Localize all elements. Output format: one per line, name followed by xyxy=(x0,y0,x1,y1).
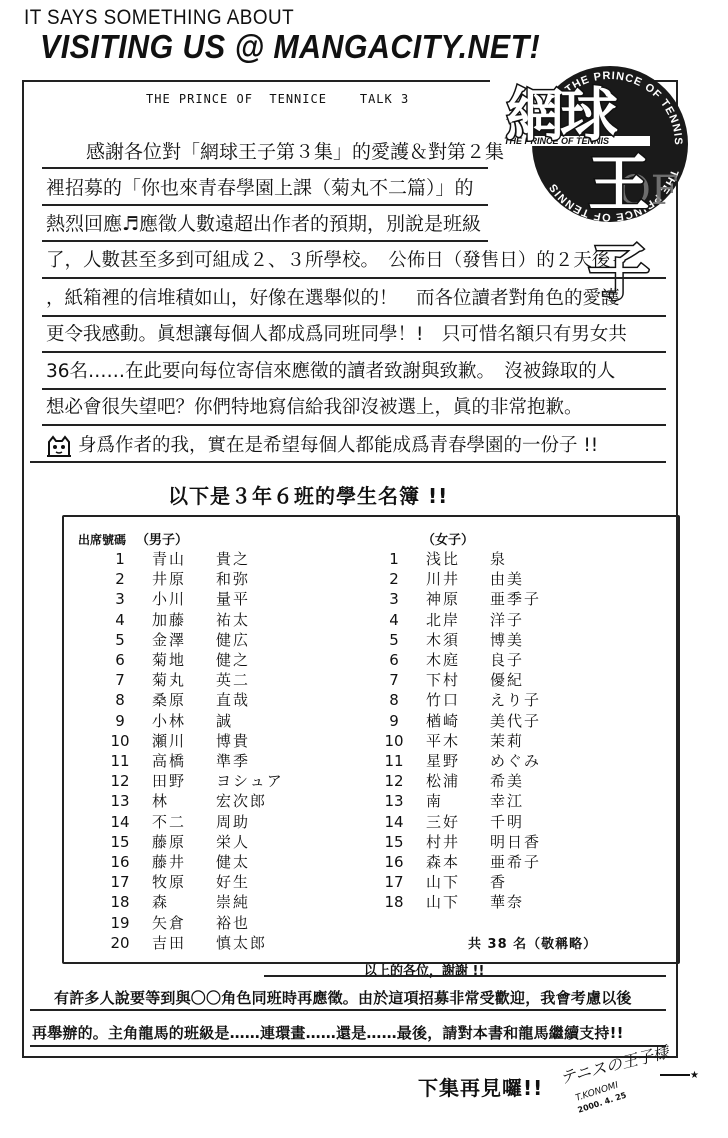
given-name: 健太 xyxy=(216,852,250,872)
paragraph-line: ，紙箱裡的信堆積如山，好像在選舉似的！ 而各位讀者對角色的愛護 xyxy=(46,287,620,311)
roster-box: 出席號碼 （男子） （女子） 1青山貴之2井原和弥3小川量平4加藤祐太5金澤健広… xyxy=(62,515,680,964)
boys-header: （男子） xyxy=(136,529,188,548)
given-name: 華奈 xyxy=(490,892,524,912)
roster-row: 12松浦希美 xyxy=(374,771,524,791)
given-name: 宏次郎 xyxy=(216,791,267,811)
given-name: 泉 xyxy=(490,549,507,569)
roster-row: 3小川量平 xyxy=(100,589,250,609)
roster-row: 7菊丸英二 xyxy=(100,670,250,690)
surname: 山下 xyxy=(426,872,490,892)
seat-number: 4 xyxy=(100,610,140,630)
roster-row: 2川井由美 xyxy=(374,569,524,589)
roster-row: 5木須博美 xyxy=(374,630,524,650)
given-name: 直哉 xyxy=(216,690,250,710)
paragraph-line: 了，人數甚至多到可組成２、３所學校。 公佈日（發售日）的２天後 xyxy=(46,249,610,273)
seat-number: 11 xyxy=(100,751,140,771)
seat-number: 13 xyxy=(100,791,140,811)
logo-title-bottom: 王子 xyxy=(588,134,700,312)
seat-number: 4 xyxy=(374,610,414,630)
surname: 井原 xyxy=(152,569,216,589)
paragraph-line: 想必會很失望吧？你們特地寫信給我卻沒被選上，眞的非常抱歉。 xyxy=(46,396,583,420)
surname: 森本 xyxy=(426,852,490,872)
surname: 菊地 xyxy=(152,650,216,670)
surname: 菊丸 xyxy=(152,670,216,690)
roster-row: 19矢倉裕也 xyxy=(100,913,250,933)
surname: 神原 xyxy=(426,589,490,609)
seat-number: 3 xyxy=(100,589,140,609)
paragraph-line: 36名……在此要向每位寄信來應徵的讀者致謝與致歉。 沒被錄取的人 xyxy=(46,360,615,384)
given-name: 和弥 xyxy=(216,569,250,589)
seat-number: 3 xyxy=(374,589,414,609)
given-name: 希美 xyxy=(490,771,524,791)
surname: 青山 xyxy=(152,549,216,569)
seat-number: 5 xyxy=(374,630,414,650)
seat-number: 6 xyxy=(374,650,414,670)
seat-number: 1 xyxy=(374,549,414,569)
surname: 不二 xyxy=(152,812,216,832)
roster-row: 14不二周助 xyxy=(100,812,250,832)
seat-number: 9 xyxy=(374,711,414,731)
surname: 村井 xyxy=(426,832,490,852)
seat-number: 13 xyxy=(374,791,414,811)
surname: 吉田 xyxy=(152,933,216,953)
given-name: 明日香 xyxy=(490,832,541,852)
given-name: ヨシュア xyxy=(216,771,284,791)
given-name: 祐太 xyxy=(216,610,250,630)
roster-row: 16森本亜希子 xyxy=(374,852,541,872)
seat-number: 11 xyxy=(374,751,414,771)
surname: 浅比 xyxy=(426,549,490,569)
surname: 木須 xyxy=(426,630,490,650)
surname: 竹口 xyxy=(426,690,490,710)
given-name: 好生 xyxy=(216,872,250,892)
surname: 加藤 xyxy=(152,610,216,630)
surname: 林 xyxy=(152,791,216,811)
seat-number: 8 xyxy=(374,690,414,710)
seat-number: 16 xyxy=(100,852,140,872)
surname: 桑原 xyxy=(152,690,216,710)
seat-number: 7 xyxy=(100,670,140,690)
paragraph-line: 熱烈回應♬應徵人數遠超出作者的預期，別說是班級 xyxy=(46,212,481,236)
seat-number: 15 xyxy=(374,832,414,852)
seat-number: 8 xyxy=(100,690,140,710)
surname: 金澤 xyxy=(152,630,216,650)
closing-line: 有許多人說要等到與〇〇角色同班時再應徵。由於這項招募非常受歡迎，我會考慮以後 xyxy=(54,987,632,1008)
seat-number: 10 xyxy=(100,731,140,751)
surname: 牧原 xyxy=(152,872,216,892)
seat-number: 17 xyxy=(374,872,414,892)
surname: 森 xyxy=(152,892,216,912)
seat-number: 2 xyxy=(374,569,414,589)
seat-number: 18 xyxy=(374,892,414,912)
prince-of-tennis-logo: THE PRINCE OF TENNIS THE PRINCE OF TENNI… xyxy=(500,64,700,234)
given-name: 美代子 xyxy=(490,711,541,731)
given-name: えり子 xyxy=(490,690,541,710)
given-name: 千明 xyxy=(490,812,524,832)
roster-title: 以下是３年６班的學生名簿 !! xyxy=(168,480,448,509)
seat-number: 1 xyxy=(100,549,140,569)
closing-line: 再舉辦的。主角龍馬的班級是……連環畫……還是……最後，請對本書和龍馬繼續支持!! xyxy=(32,1022,624,1043)
roster-row: 1青山貴之 xyxy=(100,549,250,569)
seat-number: 2 xyxy=(100,569,140,589)
roster-row: 20吉田慎太郎 xyxy=(100,933,267,953)
roster-row: 17牧原好生 xyxy=(100,872,250,892)
given-name: 健之 xyxy=(216,650,250,670)
given-name: 誠 xyxy=(216,711,233,731)
roster-total: 共 38 名（敬稱略） xyxy=(468,933,597,952)
seat-number: 19 xyxy=(100,913,140,933)
roster-row: 16藤井健太 xyxy=(100,852,250,872)
surname: 南 xyxy=(426,791,490,811)
surname: 木庭 xyxy=(426,650,490,670)
surname: 藤原 xyxy=(152,832,216,852)
given-name: めぐみ xyxy=(490,751,541,771)
surname: 瀬川 xyxy=(152,731,216,751)
surname: 矢倉 xyxy=(152,913,216,933)
surname: 川井 xyxy=(426,569,490,589)
seat-number: 12 xyxy=(100,771,140,791)
roster-row: 13林宏次郎 xyxy=(100,791,267,811)
paragraph-line: 裡招募的「你也來青春學園上課（菊丸不二篇）」的 xyxy=(46,176,474,200)
given-name: 博貴 xyxy=(216,731,250,751)
surname: 平木 xyxy=(426,731,490,751)
given-name: 優紀 xyxy=(490,670,524,690)
surname: 小川 xyxy=(152,589,216,609)
given-name: 崇純 xyxy=(216,892,250,912)
given-name: 貴之 xyxy=(216,549,250,569)
roster-row: 4加藤祐太 xyxy=(100,610,250,630)
seat-number-header: 出席號碼 xyxy=(78,531,126,548)
seat-number: 15 xyxy=(100,832,140,852)
roster-row: 12田野ヨシュア xyxy=(100,771,284,791)
given-name: 亜希子 xyxy=(490,852,541,872)
given-name: 亜季子 xyxy=(490,589,541,609)
seat-number: 14 xyxy=(100,812,140,832)
given-name: 量平 xyxy=(216,589,250,609)
banner-line-2: VISITING US @ MANGACITY.NET! xyxy=(40,28,540,66)
given-name: 香 xyxy=(490,872,507,892)
surname: 三好 xyxy=(426,812,490,832)
roster-row: 18森崇純 xyxy=(100,892,250,912)
given-name: 良子 xyxy=(490,650,524,670)
paragraph-line: 更令我感動。眞想讓每個人都成爲同班同學！! 只可惜名額只有男女共 xyxy=(46,323,627,347)
roster-row: 6木庭良子 xyxy=(374,650,524,670)
roster-row: 11高橋準季 xyxy=(100,751,250,771)
farewell-text: 下集再見囉!! xyxy=(418,1072,543,1101)
roster-row: 1浅比泉 xyxy=(374,549,507,569)
roster-row: 9楢崎美代子 xyxy=(374,711,541,731)
roster-row: 11星野めぐみ xyxy=(374,751,541,771)
roster-row: 5金澤健広 xyxy=(100,630,250,650)
given-name: 茉莉 xyxy=(490,731,524,751)
given-name: 裕也 xyxy=(216,913,250,933)
roster-row: 9小林誠 xyxy=(100,711,233,731)
girls-header: （女子） xyxy=(422,529,474,548)
surname: 星野 xyxy=(426,751,490,771)
roster-row: 8竹口えり子 xyxy=(374,690,541,710)
surname: 田野 xyxy=(152,771,216,791)
surname: 山下 xyxy=(426,892,490,912)
cat-face-icon xyxy=(46,434,72,458)
seat-number: 16 xyxy=(374,852,414,872)
given-name: 幸江 xyxy=(490,791,524,811)
given-name: 英二 xyxy=(216,670,250,690)
roster-row: 8桑原直哉 xyxy=(100,690,250,710)
roster-row: 6菊地健之 xyxy=(100,650,250,670)
seat-number: 10 xyxy=(374,731,414,751)
seat-number: 18 xyxy=(100,892,140,912)
given-name: 栄人 xyxy=(216,832,250,852)
given-name: 慎太郎 xyxy=(216,933,267,953)
seat-number: 14 xyxy=(374,812,414,832)
given-name: 周助 xyxy=(216,812,250,832)
given-name: 健広 xyxy=(216,630,250,650)
given-name: 博美 xyxy=(490,630,524,650)
roster-row: 17山下香 xyxy=(374,872,507,892)
roster-row: 10瀬川博貴 xyxy=(100,731,250,751)
given-name: 由美 xyxy=(490,569,524,589)
author-signature: テニスの王子様 ★ T.KONOMI 2000. 4. 25 xyxy=(556,1060,706,1130)
surname: 松浦 xyxy=(426,771,490,791)
roster-row: 10平木茉莉 xyxy=(374,731,524,751)
seat-number: 20 xyxy=(100,933,140,953)
seat-number: 6 xyxy=(100,650,140,670)
roster-row: 2井原和弥 xyxy=(100,569,250,589)
roster-row: 15藤原栄人 xyxy=(100,832,250,852)
roster-row: 13南幸江 xyxy=(374,791,524,811)
surname: 小林 xyxy=(152,711,216,731)
paragraph-line: 身爲作者的我，實在是希望每個人都能成爲青春學園的一份子 !! xyxy=(78,434,598,458)
roster-row: 4北岸洋子 xyxy=(374,610,524,630)
seat-number: 17 xyxy=(100,872,140,892)
surname: 下村 xyxy=(426,670,490,690)
given-name: 準季 xyxy=(216,751,250,771)
given-name: 洋子 xyxy=(490,610,524,630)
seat-number: 5 xyxy=(100,630,140,650)
banner-line-1: IT SAYS SOMETHING ABOUT xyxy=(24,6,294,30)
roster-row: 14三好千明 xyxy=(374,812,524,832)
surname: 藤井 xyxy=(152,852,216,872)
roster-row: 3神原亜季子 xyxy=(374,589,541,609)
roster-row: 7下村優紀 xyxy=(374,670,524,690)
seat-number: 7 xyxy=(374,670,414,690)
paragraph-line: 感謝各位對「網球王子第３集」的愛護＆對第２集 xyxy=(86,140,504,164)
talk-title: THE PRINCE OF TENNICE TALK 3 xyxy=(146,92,409,106)
seat-number: 9 xyxy=(100,711,140,731)
surname: 北岸 xyxy=(426,610,490,630)
roster-row: 18山下華奈 xyxy=(374,892,524,912)
surname: 楢崎 xyxy=(426,711,490,731)
surname: 高橋 xyxy=(152,751,216,771)
roster-row: 15村井明日香 xyxy=(374,832,541,852)
seat-number: 12 xyxy=(374,771,414,791)
